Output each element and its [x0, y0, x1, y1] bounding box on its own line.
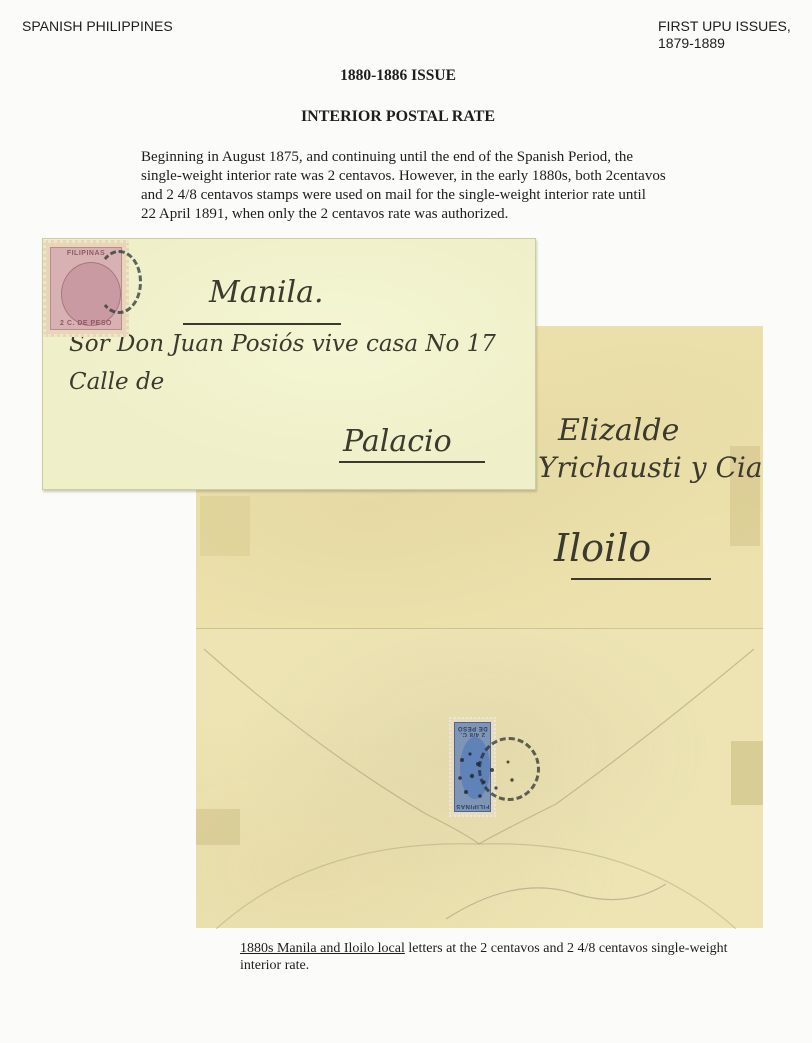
dotted-cancel-icon — [452, 740, 532, 810]
intro-line: 22 April 1891, when only the 2 centavos … — [141, 205, 741, 224]
page-header-exhibit-title: FIRST UPU ISSUES, 1879-1889 — [658, 18, 791, 52]
manila-address-line1: Sor Don Juan Posiós vive casa No 17 — [69, 331, 496, 357]
iloilo-address-city: Iloilo — [554, 526, 651, 570]
caption-text: letters at the 2 centavos and 2 4/8 cent… — [405, 941, 728, 956]
caption-text-line2: interior rate. — [240, 958, 309, 973]
caption-underlined-title: 1880s Manila and Iloilo local — [240, 941, 405, 956]
manila-address-line2: Calle de — [69, 369, 164, 395]
iloilo-address-line1: Elizalde — [558, 413, 679, 448]
page-header-country: SPANISH PHILIPPINES — [22, 18, 173, 35]
iloilo-city-underline — [571, 578, 711, 580]
hinge-tape — [731, 741, 763, 805]
intro-line: and 2 4/8 centavos stamps were used on m… — [141, 186, 741, 205]
hinge-tape — [200, 496, 250, 556]
intro-paragraph: Beginning in August 1875, and continuing… — [141, 148, 741, 224]
cover-caption: 1880s Manila and Iloilo local letters at… — [240, 940, 780, 974]
header-right-line2: 1879-1889 — [658, 35, 791, 52]
hinge-tape — [196, 809, 240, 845]
section-title: INTERIOR POSTAL RATE — [0, 108, 804, 126]
iloilo-address-line2: Yrichausti y Cia — [538, 451, 763, 484]
intro-line: single-weight interior rate was 2 centav… — [141, 167, 741, 186]
manila-address-city: Manila. — [209, 275, 324, 310]
issue-title: 1880-1886 ISSUE — [0, 67, 804, 85]
intro-line: Beginning in August 1875, and continuing… — [141, 148, 741, 167]
postmark-cancel-icon — [96, 250, 142, 314]
manila-city-underline — [183, 323, 341, 325]
stamp-value-text: 2 C. DE PESO — [51, 320, 121, 327]
palacio-underline — [339, 461, 485, 463]
header-right-line1: FIRST UPU ISSUES, — [658, 18, 791, 35]
stamp-value-text: 2 4/8 C. DE PESO — [455, 725, 490, 737]
manila-address-line3: Palacio — [343, 424, 452, 459]
